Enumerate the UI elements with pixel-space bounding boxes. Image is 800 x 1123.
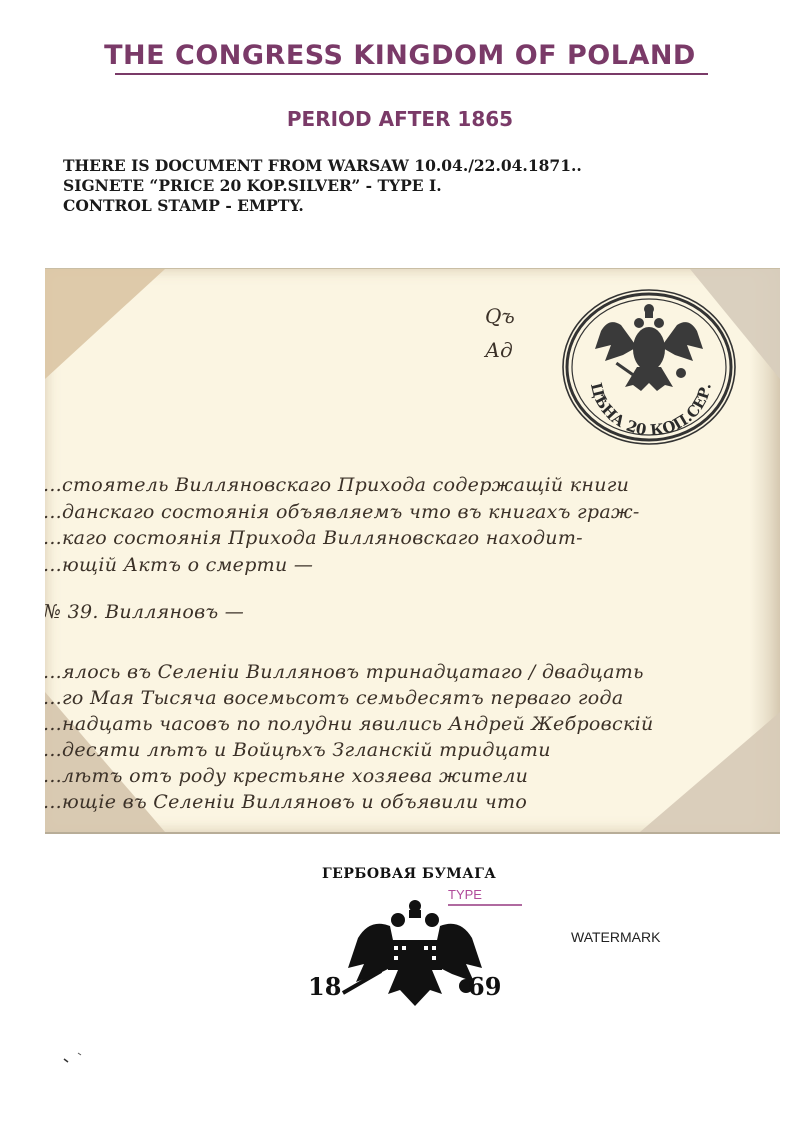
watermark-year-right: 69 — [468, 972, 501, 1001]
watermark-caption: WATERMARK — [571, 929, 660, 945]
page-title-underline — [115, 73, 708, 75]
marginal-note-line: Ад — [485, 333, 515, 367]
handwriting-line: ...надцать часовъ по полудни явились Анд… — [45, 713, 654, 735]
handwriting-line: ...десяти лѣтъ и Войцѣхъ Згланскій тридц… — [45, 739, 551, 761]
tape-corner-top-left — [45, 269, 165, 379]
watermark-illustration: ГЕРБОВАЯ БУМАГА TYPE 18 69 — [300, 860, 530, 1010]
description-line: THERE IS DOCUMENT FROM WARSAW 10.04./22.… — [63, 156, 582, 176]
scan-specks — [62, 1050, 102, 1070]
watermark-heading: ГЕРБОВАЯ БУМАГА — [322, 866, 496, 882]
tape-corner-bottom-right — [640, 712, 780, 832]
handwriting-line: ...данскаго состоянія объявляемъ что въ … — [45, 501, 640, 523]
handwriting-line: ...ялось въ Селеніи Вилляновъ тринадцата… — [45, 661, 644, 683]
handwriting-line: ...стоятель Вилляновскаго Прихода содерж… — [45, 474, 629, 496]
handwriting-line: ...лѣтъ отъ роду крестьяне хозяева жител… — [45, 765, 528, 787]
description-line: SIGNETE “PRICE 20 KOP.SILVER” - TYPE I. — [63, 176, 582, 196]
handwriting-line: № 39. Вилляновъ — — [45, 601, 244, 623]
description-line: CONTROL STAMP - EMPTY. — [63, 196, 582, 216]
marginal-note: Qъ Ад — [485, 299, 515, 367]
page-title: THE CONGRESS KINGDOM OF POLAND — [0, 40, 800, 71]
handwriting-line: ...каго состоянія Прихода Вилляновскаго … — [45, 527, 583, 549]
page-subtitle: PERIOD AFTER 1865 — [0, 107, 800, 131]
marginal-note-line: Qъ — [485, 299, 515, 333]
handwriting-line: ...ющіе въ Селеніи Вилляновъ и объявили … — [45, 791, 527, 813]
double-headed-eagle-icon — [595, 304, 703, 391]
watermark-year-left: 18 — [308, 972, 341, 1001]
handwriting-line: ...го Мая Тысяча восемьсотъ семьдесятъ п… — [45, 687, 623, 709]
price-signet-stamp: ЦѢНА 20 КОП.СЕР. — [561, 287, 737, 447]
handwriting-line: ...ющій Актъ о смерти — — [45, 554, 313, 576]
document-image: Qъ Ад ЦѢНА 20 КОП.СЕР. ...стоятель Вилля… — [45, 268, 780, 834]
description: THERE IS DOCUMENT FROM WARSAW 10.04./22.… — [63, 156, 582, 216]
